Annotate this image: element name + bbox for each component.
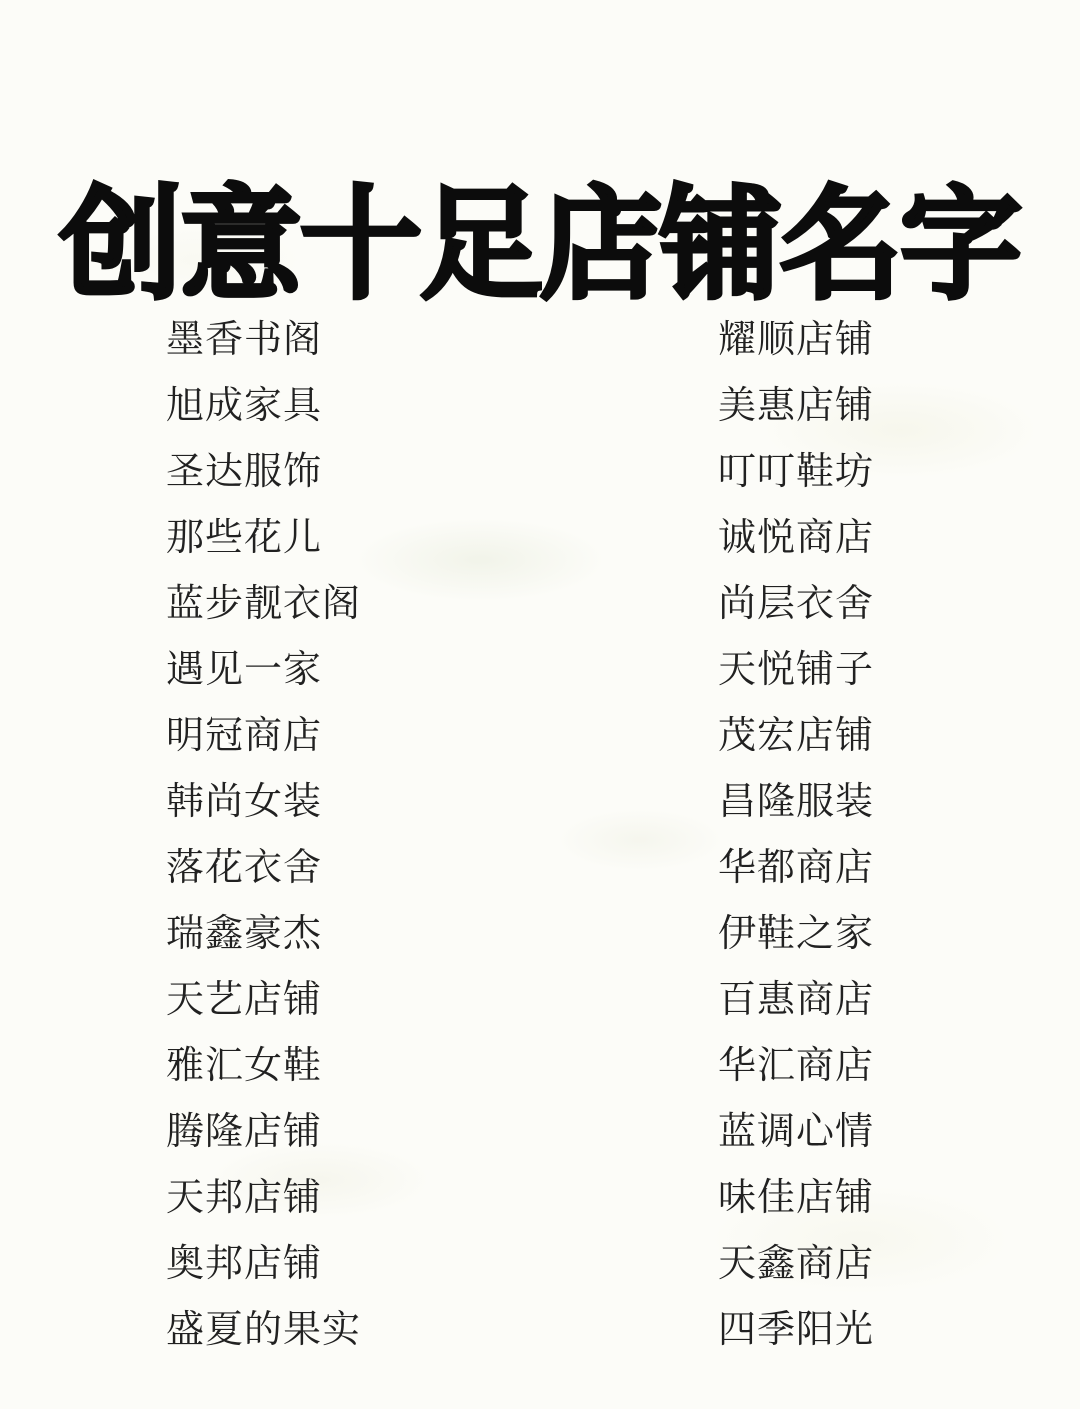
shop-name-item: 味佳店铺 [718,1165,874,1231]
shop-name-item: 奥邦店铺 [166,1231,361,1297]
shop-name-item: 天悦铺子 [718,637,874,703]
shop-name-item: 圣达服饰 [166,439,361,505]
shop-name-item: 那些花儿 [166,505,361,571]
shop-name-item: 茂宏店铺 [718,703,874,769]
shop-name-item: 蓝步靓衣阁 [166,571,361,637]
shop-name-item: 耀顺店铺 [718,307,874,373]
shop-name-item: 昌隆服装 [718,769,874,835]
shop-name-list-left: 墨香书阁旭成家具圣达服饰那些花儿蓝步靓衣阁遇见一家明冠商店韩尚女装落花衣舍瑞鑫豪… [166,307,361,1363]
shop-name-item: 诚悦商店 [718,505,874,571]
shop-name-item: 尚层衣舍 [718,571,874,637]
shop-name-item: 美惠店铺 [718,373,874,439]
shop-name-item: 天艺店铺 [166,967,361,1033]
shop-name-item: 华都商店 [718,835,874,901]
shop-name-item: 落花衣舍 [166,835,361,901]
shop-name-item: 盛夏的果实 [166,1297,361,1363]
shop-name-item: 遇见一家 [166,637,361,703]
shop-name-item: 腾隆店铺 [166,1099,361,1165]
shop-name-item: 蓝调心情 [718,1099,874,1165]
shop-name-item: 瑞鑫豪杰 [166,901,361,967]
shop-name-item: 伊鞋之家 [718,901,874,967]
shop-name-list-right: 耀顺店铺美惠店铺叮叮鞋坊诚悦商店尚层衣舍天悦铺子茂宏店铺昌隆服装华都商店伊鞋之家… [718,307,874,1363]
shop-name-item: 天邦店铺 [166,1165,361,1231]
shop-name-item: 百惠商店 [718,967,874,1033]
shop-name-item: 墨香书阁 [166,307,361,373]
shop-name-item: 叮叮鞋坊 [718,439,874,505]
shop-name-item: 旭成家具 [166,373,361,439]
shop-name-item: 四季阳光 [718,1297,874,1363]
shop-name-item: 明冠商店 [166,703,361,769]
page-title: 创意十足店铺名字 [0,178,1080,312]
shop-name-item: 华汇商店 [718,1033,874,1099]
shop-name-item: 韩尚女装 [166,769,361,835]
shop-name-item: 天鑫商店 [718,1231,874,1297]
poster: 创意十足店铺名字 墨香书阁旭成家具圣达服饰那些花儿蓝步靓衣阁遇见一家明冠商店韩尚… [0,0,1080,1409]
shop-name-item: 雅汇女鞋 [166,1033,361,1099]
